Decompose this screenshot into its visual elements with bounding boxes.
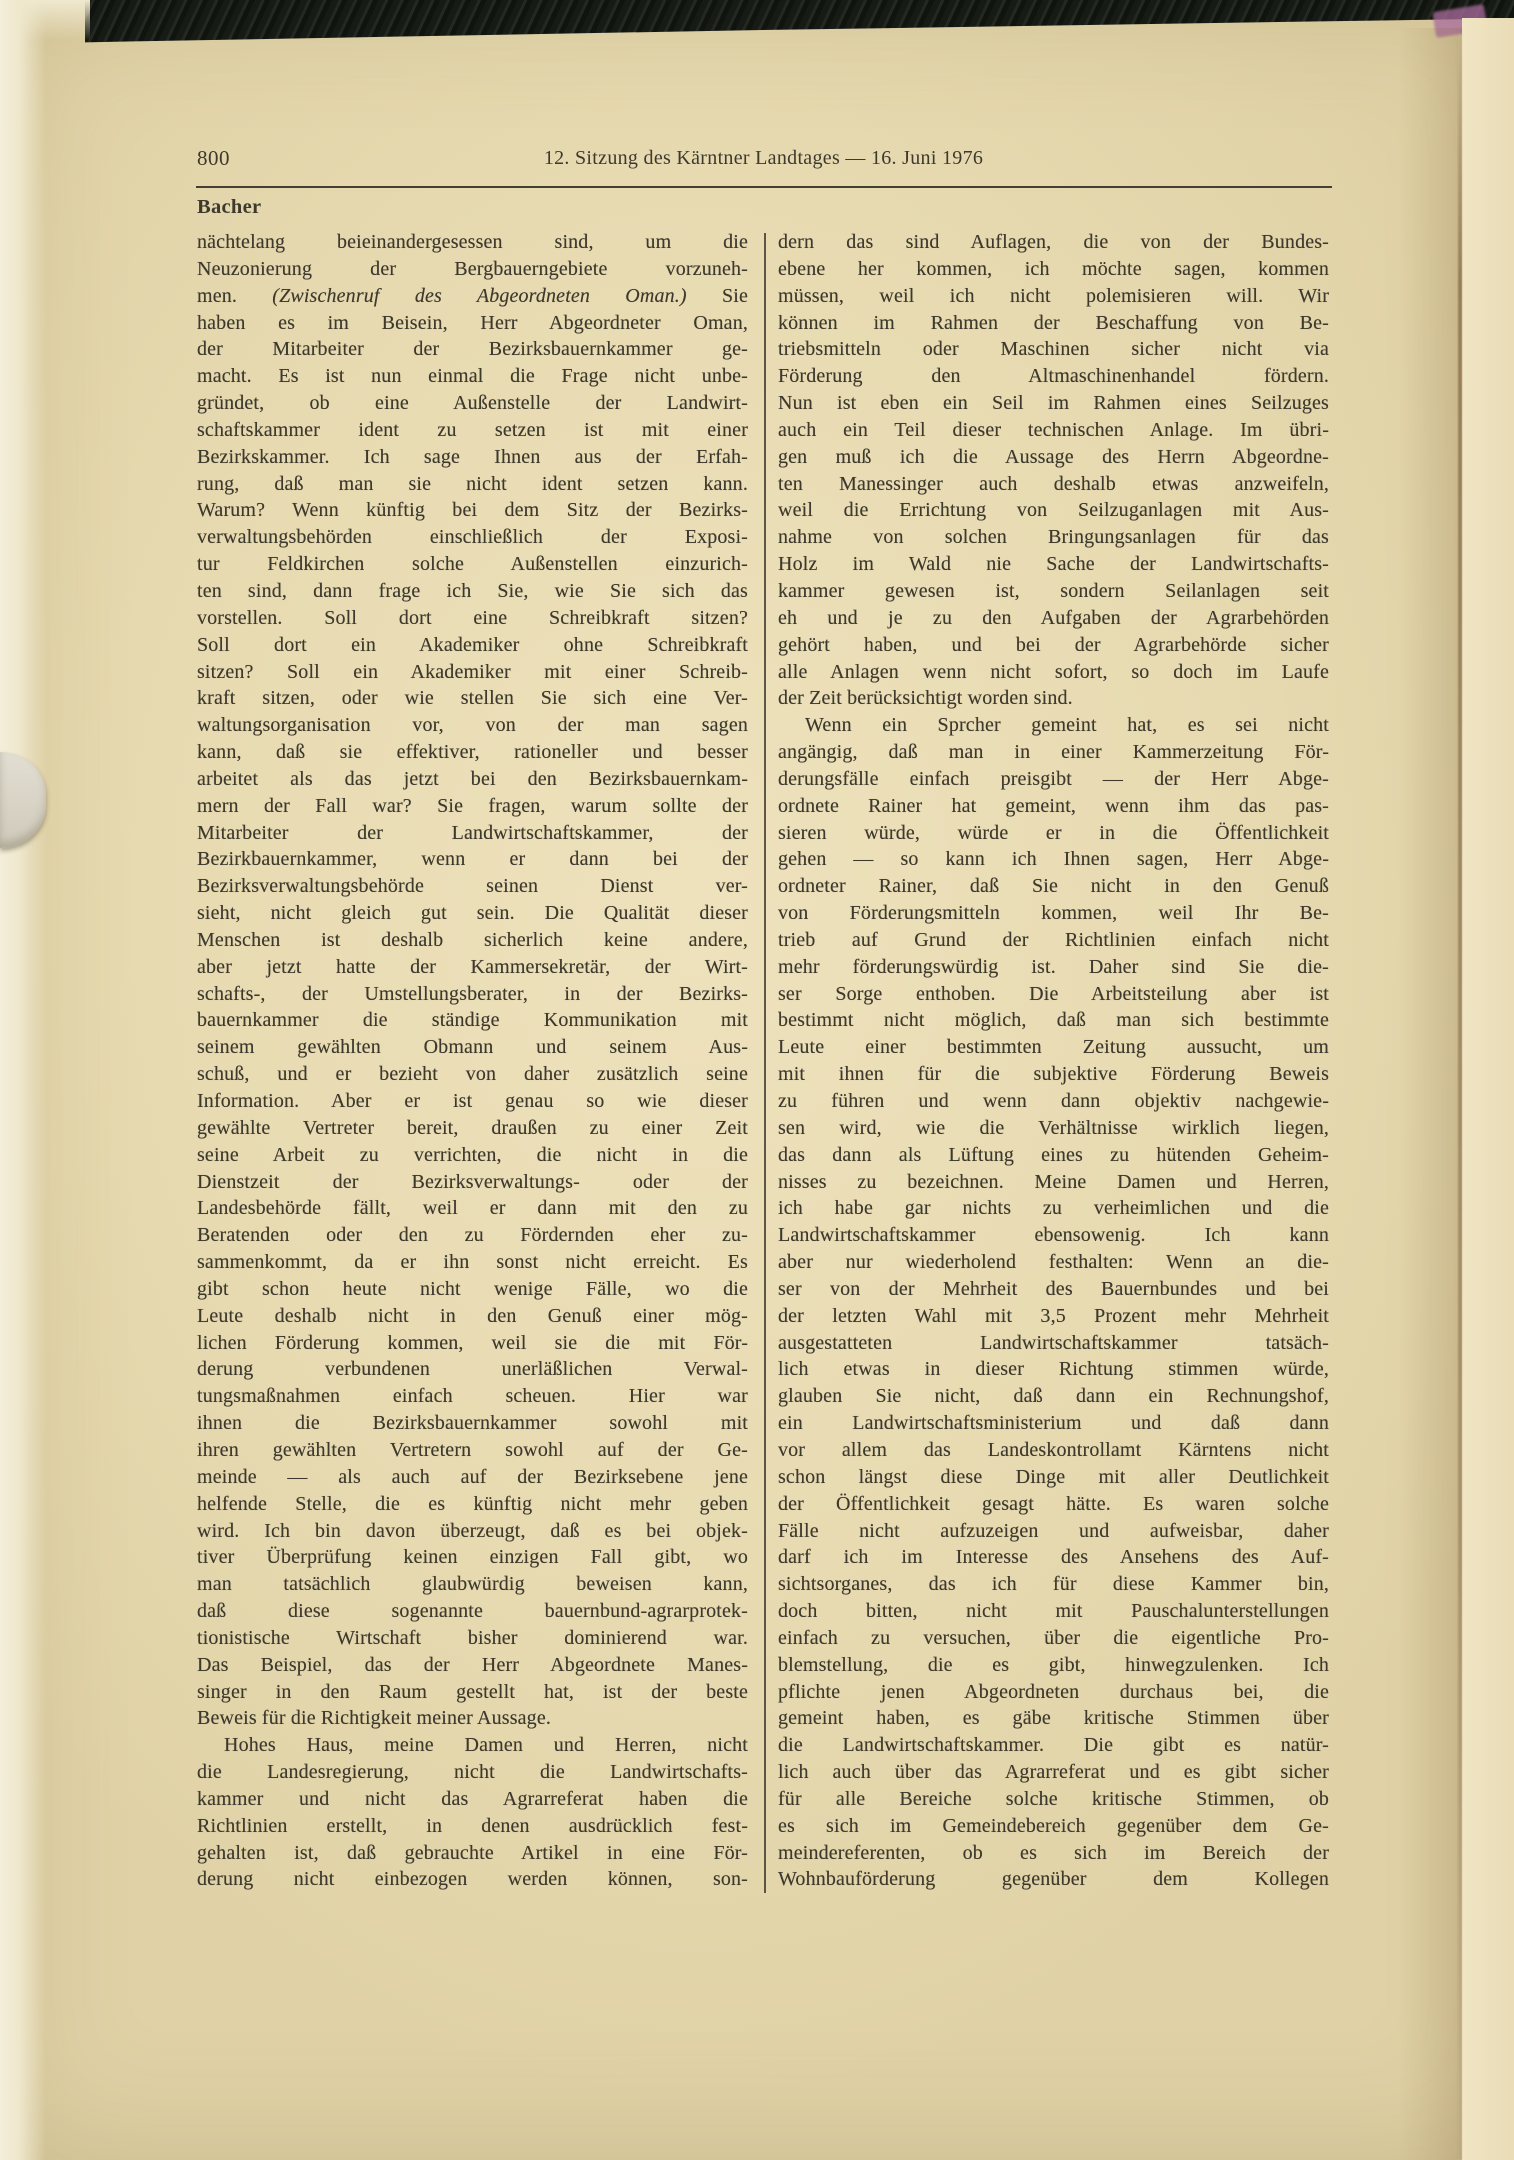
text-line: trieb auf Grund der Richtlinien einfach … xyxy=(778,927,1329,954)
text-line: bestimmt nicht möglich, daß man sich bes… xyxy=(778,1007,1329,1034)
text-line: gen muß ich die Aussage des Herrn Abgeor… xyxy=(778,444,1329,471)
text-line: pflichte jenen Abgeordneten durchaus bei… xyxy=(778,1679,1329,1706)
text-line: Wenn ein Sprcher gemeint hat, es sei nic… xyxy=(778,712,1329,739)
text-line: kammer gewesen ist, sondern Seilanlagen … xyxy=(778,578,1329,605)
text-line: nisses zu bezeichnen. Meine Damen und He… xyxy=(778,1169,1329,1196)
text-line: ihnen die Bezirksbauernkammer sowohl mit xyxy=(197,1410,748,1437)
text-line: schaftskammer ident zu setzen ist mit ei… xyxy=(197,417,748,444)
text-line: kammer und nicht das Agrarreferat haben … xyxy=(197,1786,748,1813)
text-line: helfende Stelle, die es künftig nicht me… xyxy=(197,1491,748,1518)
text-line: vorstellen. Soll dort eine Schreibkraft … xyxy=(197,605,748,632)
text-line: Beratenden oder den zu Fördernden eher z… xyxy=(197,1222,748,1249)
text-line: Information. Aber er ist genau so wie di… xyxy=(197,1088,748,1115)
text-line: meindereferenten, ob es sich im Bereich … xyxy=(778,1840,1329,1867)
speaker-name: Bacher xyxy=(197,196,261,219)
text-line: tur Feldkirchen solche Außenstellen einz… xyxy=(197,551,748,578)
text-line: der letzten Wahl mit 3,5 Prozent mehr Me… xyxy=(778,1303,1329,1330)
text-line: waltungsorganisation vor, von der man sa… xyxy=(197,712,748,739)
right-text-column: dern das sind Auflagen, die von der Bund… xyxy=(778,229,1329,1893)
text-line: vor allem das Landeskontrollamt Kärntens… xyxy=(778,1437,1329,1464)
text-line: Nun ist eben ein Seil im Rahmen eines Se… xyxy=(778,390,1329,417)
text-line: Förderung den Altmaschinenhandel fördern… xyxy=(778,363,1329,390)
text-line: bauernkammer die ständige Kommunikation … xyxy=(197,1007,748,1034)
text-line: ich habe gar nichts zu verheimlichen und… xyxy=(778,1195,1329,1222)
text-line: ihren gewählten Vertretern sowohl auf de… xyxy=(197,1437,748,1464)
text-line: ten sind, dann frage ich Sie, wie Sie si… xyxy=(197,578,748,605)
text-line: lich etwas in dieser Richtung stimmen wü… xyxy=(778,1356,1329,1383)
text-line: Leute einer bestimmten Zeitung aussucht,… xyxy=(778,1034,1329,1061)
text-line: haben es im Beisein, Herr Abgeordneter O… xyxy=(197,310,748,337)
text-line: dern das sind Auflagen, die von der Bund… xyxy=(778,229,1329,256)
text-line: Soll dort ein Akademiker ohne Schreibkra… xyxy=(197,632,748,659)
text-line: daß diese sogenannte bauernbund-agrarpro… xyxy=(197,1598,748,1625)
text-line: Beweis für die Richtigkeit meiner Aussag… xyxy=(197,1705,748,1732)
text-line: lich auch über das Agrarreferat und es g… xyxy=(778,1759,1329,1786)
text-line: schafts-, der Umstellungsberater, in der… xyxy=(197,981,748,1008)
text-line: sieht, nicht gleich gut sein. Die Qualit… xyxy=(197,900,748,927)
left-text-column: nächtelang beieinandergesessen sind, um … xyxy=(197,229,748,1893)
text-line: die Landwirtschaftskammer. Die gibt es n… xyxy=(778,1732,1329,1759)
text-line: wird. Ich bin davon überzeugt, daß es be… xyxy=(197,1518,748,1545)
text-line: aber nur wiederholend festhalten: Wenn a… xyxy=(778,1249,1329,1276)
text-line: sitzen? Soll ein Akademiker mit einer Sc… xyxy=(197,659,748,686)
text-line: meinde — als auch auf der Bezirksebene j… xyxy=(197,1464,748,1491)
text-line: Leute deshalb nicht in den Genuß einer m… xyxy=(197,1303,748,1330)
text-line: gehört haben, und bei der Agrarbehörde s… xyxy=(778,632,1329,659)
text-line: alle Anlagen wenn nicht sofort, so doch … xyxy=(778,659,1329,686)
text-line: die Landesregierung, nicht die Landwirts… xyxy=(197,1759,748,1786)
text-line: angängig, daß man in einer Kammerzeitung… xyxy=(778,739,1329,766)
text-line: schon längst diese Dinge mit aller Deutl… xyxy=(778,1464,1329,1491)
text-line: ten Manessinger auch deshalb etwas anzwe… xyxy=(778,471,1329,498)
page-fold-edge xyxy=(1458,28,1462,2160)
text-line: schuß, und er bezieht von daher zusätzli… xyxy=(197,1061,748,1088)
text-line: gibt schon heute nicht wenige Fälle, wo … xyxy=(197,1276,748,1303)
text-line: nächtelang beieinandergesessen sind, um … xyxy=(197,229,748,256)
column-divider xyxy=(764,233,766,1893)
text-line: tiver Überprüfung keinen einzigen Fall g… xyxy=(197,1544,748,1571)
text-line: verwaltungsbehörden einschließlich der E… xyxy=(197,524,748,551)
page-fold-shadow xyxy=(1398,28,1458,2160)
text-line: Landwirtschaftskammer ebensowenig. Ich k… xyxy=(778,1222,1329,1249)
text-line: Bezirksverwaltungsbehörde seinen Dienst … xyxy=(197,873,748,900)
book-cover-edge xyxy=(85,0,1514,46)
text-line: Holz im Wald nie Sache der Landwirtschaf… xyxy=(778,551,1329,578)
text-line: Dienstzeit der Bezirksverwaltungs- oder … xyxy=(197,1169,748,1196)
text-line: gehen — so kann ich Ihnen sagen, Herr Ab… xyxy=(778,846,1329,873)
text-line: Menschen ist deshalb sicherlich keine an… xyxy=(197,927,748,954)
text-line: ser Sorge enthoben. Die Arbeitsteilung a… xyxy=(778,981,1329,1008)
text-line: macht. Es ist nun einmal die Frage nicht… xyxy=(197,363,748,390)
text-line: der Zeit berücksichtigt worden sind. xyxy=(778,685,1329,712)
text-line: seine Arbeit zu verrichten, die nicht in… xyxy=(197,1142,748,1169)
text-line: müssen, weil ich nicht polemisieren will… xyxy=(778,283,1329,310)
text-line: ordneter Rainer, daß Sie nicht in den Ge… xyxy=(778,873,1329,900)
text-line: einfach zu versuchen, über die eigentlic… xyxy=(778,1625,1329,1652)
text-line: nahme von solchen Bringungsanlagen für d… xyxy=(778,524,1329,551)
text-line: mehr förderungswürdig ist. Daher sind Si… xyxy=(778,954,1329,981)
text-line: sen wird, wie die Verhältnisse wirklich … xyxy=(778,1115,1329,1142)
text-line: gewählte Vertreter bereit, draußen zu ei… xyxy=(197,1115,748,1142)
text-line: kraft sitzen, oder wie stellen Sie sich … xyxy=(197,685,748,712)
text-line: mit ihnen für die subjektive Förderung B… xyxy=(778,1061,1329,1088)
header-rule xyxy=(196,186,1332,188)
text-line: gründet, ob eine Außenstelle der Landwir… xyxy=(197,390,748,417)
text-line: singer in den Raum gestellt hat, ist der… xyxy=(197,1679,748,1706)
text-line: kann, daß sie effektiver, rationeller un… xyxy=(197,739,748,766)
book-page: 800 12. Sitzung des Kärntner Landtages —… xyxy=(0,0,1514,2160)
text-line: der Öffentlichkeit gesagt hätte. Es ware… xyxy=(778,1491,1329,1518)
text-line: sieren würde, würde er in die Öffentlich… xyxy=(778,820,1329,847)
text-line: derungsfälle einfach preisgibt — der Her… xyxy=(778,766,1329,793)
text-line: Landesbehörde fällt, weil er dann mit de… xyxy=(197,1195,748,1222)
text-line: blemstellung, die es gibt, hinwegzulenke… xyxy=(778,1652,1329,1679)
text-line: triebsmitteln oder Maschinen sicher nich… xyxy=(778,336,1329,363)
text-line: tungsmaßnahmen einfach scheuen. Hier war xyxy=(197,1383,748,1410)
page-left-edge xyxy=(0,0,46,2160)
text-line: Warum? Wenn künftig bei dem Sitz der Bez… xyxy=(197,497,748,524)
text-line: Hohes Haus, meine Damen und Herren, nich… xyxy=(197,1732,748,1759)
text-line: ser von der Mehrheit des Bauernbundes un… xyxy=(778,1276,1329,1303)
text-line: Richtlinien erstellt, in denen ausdrückl… xyxy=(197,1813,748,1840)
text-line: der Mitarbeiter der Bezirksbauernkammer … xyxy=(197,336,748,363)
text-line: man tatsächlich glaubwürdig beweisen kan… xyxy=(197,1571,748,1598)
text-line: Mitarbeiter der Landwirtschaftskammer, d… xyxy=(197,820,748,847)
text-line: sammenkommt, da er ihn sonst nicht errei… xyxy=(197,1249,748,1276)
text-line: Bezirkbauernkammer, wenn er dann bei der xyxy=(197,846,748,873)
text-line: lichen Förderung kommen, weil sie die mi… xyxy=(197,1330,748,1357)
text-line: das dann als Lüftung eines zu hütenden G… xyxy=(778,1142,1329,1169)
text-line: für alle Bereiche solche kritische Stimm… xyxy=(778,1786,1329,1813)
text-line: glauben Sie nicht, daß dann ein Rechnung… xyxy=(778,1383,1329,1410)
text-line: Neuzonierung der Bergbauerngebiete vorzu… xyxy=(197,256,748,283)
text-line: tionistische Wirtschaft bisher dominiere… xyxy=(197,1625,748,1652)
text-line: doch bitten, nicht mit Pauschalunterstel… xyxy=(778,1598,1329,1625)
text-line: mern der Fall war? Sie fragen, warum sol… xyxy=(197,793,748,820)
text-line: zu führen und wenn dann objektiv nachgew… xyxy=(778,1088,1329,1115)
text-line: können im Rahmen der Beschaffung von Be- xyxy=(778,310,1329,337)
text-line: eh und je zu den Aufgaben der Agrarbehör… xyxy=(778,605,1329,632)
text-line: ausgestatteten Landwirtschaftskammer tat… xyxy=(778,1330,1329,1357)
text-line: rung, daß man sie nicht ident setzen kan… xyxy=(197,471,748,498)
text-line: derung nicht einbezogen werden können, s… xyxy=(197,1866,748,1893)
text-line: sichtsorganes, das ich für diese Kammer … xyxy=(778,1571,1329,1598)
text-line: Bezirkskammer. Ich sage Ihnen aus der Er… xyxy=(197,444,748,471)
text-line: ein Landwirtschaftsministerium und daß d… xyxy=(778,1410,1329,1437)
text-line: es sich im Gemeindebereich gegenüber dem… xyxy=(778,1813,1329,1840)
page-header-title: 12. Sitzung des Kärntner Landtages — 16.… xyxy=(197,147,1330,170)
text-line: aber jetzt hatte der Kammersekretär, der… xyxy=(197,954,748,981)
next-page-edge xyxy=(1462,18,1514,2160)
text-line: weil die Errichtung von Seilzuganlagen m… xyxy=(778,497,1329,524)
text-line: gehalten ist, daß gebrauchte Artikel in … xyxy=(197,1840,748,1867)
text-line: seinem gewählten Obmann und seinem Aus- xyxy=(197,1034,748,1061)
text-line: darf ich im Interesse des Ansehens des A… xyxy=(778,1544,1329,1571)
text-line: Das Beispiel, das der Herr Abgeordnete M… xyxy=(197,1652,748,1679)
text-line: ordnete Rainer hat gemeint, wenn ihm das… xyxy=(778,793,1329,820)
text-line: Wohnbauförderung gegenüber dem Kollegen xyxy=(778,1866,1329,1893)
text-line: ebene her kommen, ich möchte sagen, komm… xyxy=(778,256,1329,283)
text-line: auch ein Teil dieser technischen Anlage.… xyxy=(778,417,1329,444)
text-line: von Förderungsmitteln kommen, weil Ihr B… xyxy=(778,900,1329,927)
text-line: arbeitet als das jetzt bei den Bezirksba… xyxy=(197,766,748,793)
text-line: derung verbundenen unerläßlichen Verwal- xyxy=(197,1356,748,1383)
text-line: men. (Zwischenruf des Abgeordneten Oman.… xyxy=(197,283,748,310)
text-line: Fälle nicht aufzuzeigen und aufweisbar, … xyxy=(778,1518,1329,1545)
text-line: gemeint haben, es gäbe kritische Stimmen… xyxy=(778,1705,1329,1732)
